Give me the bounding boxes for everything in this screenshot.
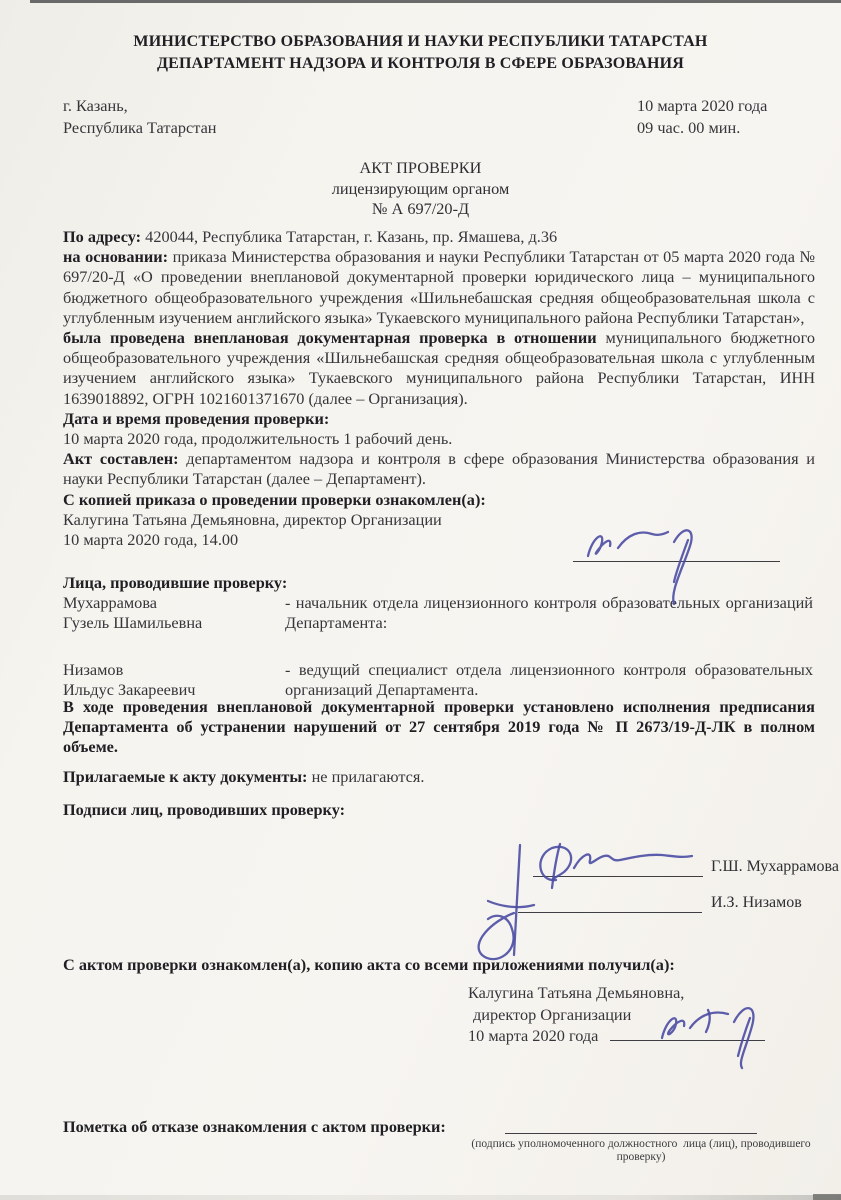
title-number: № А 697/20-Д bbox=[0, 199, 841, 220]
address-value: 420044, Республика Татарстан, г. Казань,… bbox=[145, 227, 557, 246]
inspectors-list: Мухаррамова Гузель Шамильевна - начальни… bbox=[63, 593, 815, 700]
inspection-paragraph: была проведена внеплановая документарная… bbox=[63, 328, 815, 409]
document-page: МИНИСТЕРСТВО ОБРАЗОВАНИЯ И НАУКИ РЕСПУБЛ… bbox=[0, 0, 841, 1200]
acknowledgement-block: Калугина Татьяна Демьяновна, директор Ор… bbox=[468, 982, 765, 1047]
inspectors-label: Лица, проводившие проверку: bbox=[63, 573, 815, 593]
address-paragraph: По адресу: 420044, Республика Татарстан,… bbox=[63, 227, 815, 247]
signature-mukharramova-ink bbox=[520, 838, 720, 898]
scan-edge-bottom bbox=[0, 1195, 841, 1200]
refusal-block: Пометка об отказе ознакомления с актом п… bbox=[63, 1117, 820, 1137]
inspector-row: Низамов Ильдус Закареевич - ведущий спец… bbox=[63, 660, 815, 700]
attachments-paragraph: Прилагаемые к акту документы: не прилага… bbox=[63, 767, 815, 787]
ack-person-name: Калугина Татьяна Демьяновна, bbox=[468, 982, 765, 1004]
inspector-role: - ведущий специалист отдела лицензионног… bbox=[285, 660, 813, 700]
date-line: 10 марта 2020 года bbox=[637, 95, 767, 117]
place-block: г. Казань, Республика Татарстан bbox=[63, 95, 217, 139]
ministry-name: МИНИСТЕРСТВО ОБРАЗОВАНИЯ И НАУКИ РЕСПУБЛ… bbox=[0, 31, 841, 53]
inspector-row: Мухаррамова Гузель Шамильевна - начальни… bbox=[63, 593, 815, 633]
act-composed-paragraph: Акт составлен: департаментом надзора и к… bbox=[63, 449, 815, 489]
basis-label: на основании: bbox=[63, 247, 168, 266]
address-label: По адресу: bbox=[63, 227, 141, 246]
copy-acquainted-date: 10 марта 2020 года, 14.00 bbox=[63, 530, 815, 550]
signature-line-mukharramova bbox=[533, 876, 703, 877]
document-title: АКТ ПРОВЕРКИ лицензирующим органом № А 6… bbox=[0, 158, 841, 220]
copy-acquainted-label: С копией приказа о проведении проверки о… bbox=[63, 490, 815, 510]
refusal-caption: (подпись уполномоченного должностного ли… bbox=[455, 1138, 827, 1164]
basis-value: приказа Министерства образования и науки… bbox=[63, 247, 815, 327]
signature-line-copy bbox=[573, 561, 780, 562]
title-act: АКТ ПРОВЕРКИ bbox=[0, 158, 841, 179]
result-paragraph: В ходе проведения внеплановой документар… bbox=[63, 697, 815, 758]
place-region: Республика Татарстан bbox=[63, 117, 217, 139]
inspector-role: - начальник отдела лицензионного контрол… bbox=[285, 593, 813, 633]
acknowledgement-label: С актом проверки ознакомлен(а), копию ак… bbox=[63, 955, 815, 975]
letterhead: МИНИСТЕРСТВО ОБРАЗОВАНИЯ И НАУКИ РЕСПУБЛ… bbox=[0, 31, 841, 74]
inspectors-section: Лица, проводившие проверку: Мухаррамова … bbox=[63, 573, 815, 700]
copy-acquainted-person: Калугина Татьяна Демьяновна, директор Ор… bbox=[63, 510, 815, 530]
signature-nizamov-ink bbox=[462, 843, 562, 968]
refusal-label: Пометка об отказе ознакомления с актом п… bbox=[63, 1117, 446, 1136]
signer-name-nizamov: И.З. Низамов bbox=[711, 894, 802, 912]
ack-person-role: директор Организации bbox=[468, 1004, 765, 1026]
date-block: 10 марта 2020 года 09 час. 00 мин. bbox=[637, 95, 767, 139]
check-datetime-label: Дата и время проведения проверки: bbox=[63, 409, 815, 429]
act-composed-label: Акт составлен: bbox=[63, 449, 179, 468]
time-line: 09 час. 00 мин. bbox=[637, 117, 767, 139]
refusal-signature-line bbox=[505, 1133, 757, 1134]
place-city: г. Казань, bbox=[63, 95, 217, 117]
signature-line-kalugina bbox=[610, 1026, 765, 1041]
inspection-label: была проведена внеплановая документарная… bbox=[63, 328, 597, 347]
attachments-value: не прилагаются. bbox=[312, 767, 425, 786]
signatures-label: Подписи лиц, проводивших проверку: bbox=[63, 800, 815, 820]
ack-date-line: 10 марта 2020 года bbox=[468, 1025, 765, 1047]
scan-edge-corner bbox=[813, 1194, 841, 1200]
attachments-label: Прилагаемые к акту документы: bbox=[63, 767, 307, 786]
check-datetime-value: 10 марта 2020 года, продолжительность 1 … bbox=[63, 429, 815, 449]
scan-edge-top bbox=[30, 0, 841, 3]
inspector-name: Низамов Ильдус Закареевич bbox=[63, 660, 285, 700]
signer-name-mukharramova: Г.Ш. Мухаррамова bbox=[711, 858, 839, 876]
act-body: По адресу: 420044, Республика Татарстан,… bbox=[63, 227, 815, 550]
department-name: ДЕПАРТАМЕНТ НАДЗОРА И КОНТРОЛЯ В СФЕРЕ О… bbox=[0, 53, 841, 75]
title-organ: лицензирующим органом bbox=[0, 179, 841, 200]
basis-paragraph: на основании: приказа Министерства образ… bbox=[63, 247, 815, 328]
inspector-name: Мухаррамова Гузель Шамильевна bbox=[63, 593, 285, 633]
signature-line-nizamov bbox=[518, 912, 702, 913]
